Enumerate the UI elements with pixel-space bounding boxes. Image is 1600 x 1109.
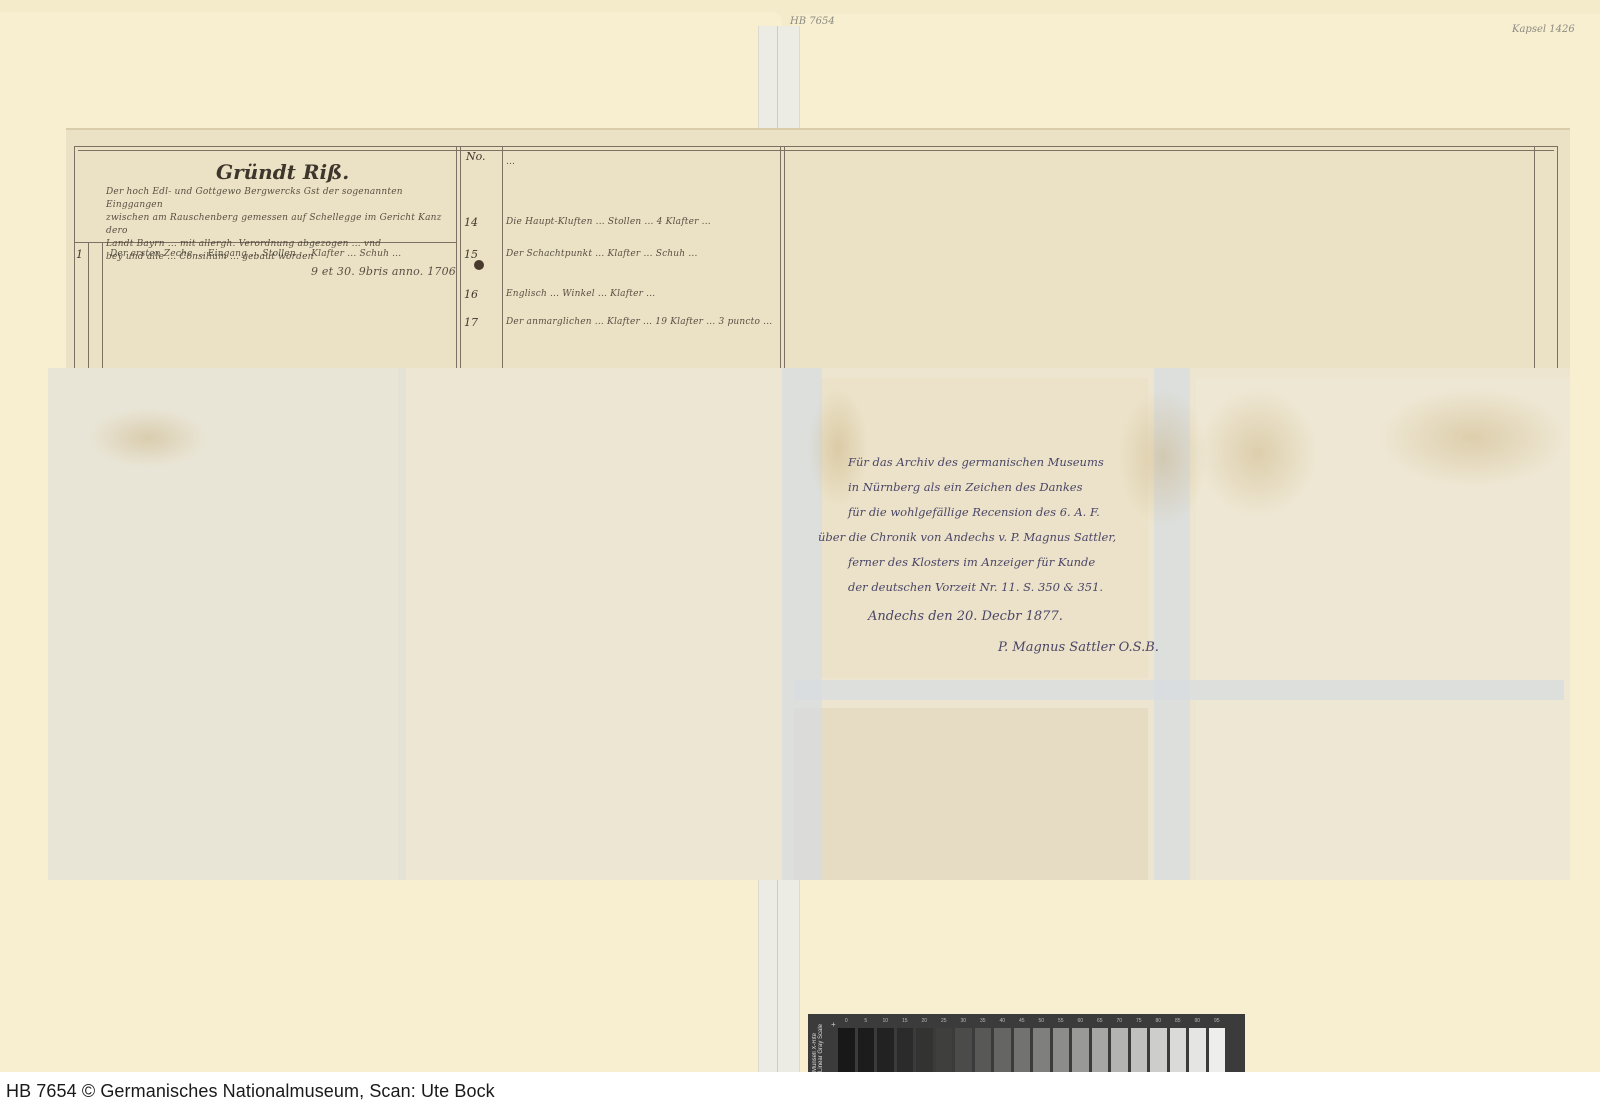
pencil-corner-note: Kapsel 1426 bbox=[1512, 24, 1575, 35]
gray-scale-target: Munsell X-Rite Linear Gray Scale + 05101… bbox=[808, 1014, 1245, 1072]
gray-patch-swatch bbox=[1111, 1028, 1128, 1072]
note-line: der deutschen Vorzeit Nr. 11. S. 350 & 3… bbox=[848, 575, 1148, 600]
gray-patch: 70 bbox=[1111, 1018, 1128, 1072]
gray-patch-label: 20 bbox=[916, 1018, 933, 1028]
gray-patch-swatch bbox=[955, 1028, 972, 1072]
gray-patch-swatch bbox=[975, 1028, 992, 1072]
water-stain bbox=[1378, 388, 1568, 488]
gray-scale-brand: Munsell X-Rite Linear Gray Scale bbox=[812, 1020, 826, 1072]
gray-patch: 30 bbox=[955, 1018, 972, 1072]
column-rule bbox=[456, 146, 457, 384]
gray-patch-label: 55 bbox=[1053, 1018, 1070, 1028]
entry-number: 1 bbox=[76, 248, 83, 261]
gray-patch-swatch bbox=[1053, 1028, 1070, 1072]
intro-line: zwischen am Rauschenberg gemessen auf Sc… bbox=[106, 212, 456, 238]
water-stain bbox=[1198, 388, 1318, 518]
gray-patches: 05101520253035404550556065707580859095 bbox=[838, 1018, 1225, 1072]
gray-patch-swatch bbox=[1131, 1028, 1148, 1072]
gray-patch-swatch bbox=[916, 1028, 933, 1072]
registration-mark-icon: + bbox=[831, 1020, 836, 1029]
gray-patch-label: 25 bbox=[936, 1018, 953, 1028]
gray-patch-label: 45 bbox=[1014, 1018, 1031, 1028]
column-rule bbox=[502, 146, 503, 384]
column-rule bbox=[88, 242, 89, 384]
manuscript-sheet: Gründt Riß. Der hoch Edl- und Gottgewo B… bbox=[66, 128, 1570, 380]
note-line: über die Chronik von Andechs v. P. Magnu… bbox=[818, 525, 1148, 550]
gray-patch-swatch bbox=[1150, 1028, 1167, 1072]
gray-patch-label: 65 bbox=[1092, 1018, 1109, 1028]
repair-tape bbox=[398, 368, 406, 880]
gray-patch-swatch bbox=[877, 1028, 894, 1072]
entry-text: Der anmarglichen ... Klafter ... 19 Klaf… bbox=[506, 316, 776, 329]
note-line: in Nürnberg als ein Zeichen des Dankes bbox=[848, 475, 1148, 500]
gray-patch-swatch bbox=[1072, 1028, 1089, 1072]
gray-patch-label: 75 bbox=[1131, 1018, 1148, 1028]
note-line: Für das Archiv des germanischen Museums bbox=[848, 450, 1148, 475]
backing-panel bbox=[794, 708, 1148, 880]
gray-patch-label: 40 bbox=[994, 1018, 1011, 1028]
manuscript-title: Gründt Riß. bbox=[216, 158, 349, 187]
gray-patch: 50 bbox=[1033, 1018, 1050, 1072]
gray-patch: 60 bbox=[1072, 1018, 1089, 1072]
gray-patch-swatch bbox=[1092, 1028, 1109, 1072]
backing-sheet bbox=[48, 368, 1570, 880]
gray-patch-swatch bbox=[897, 1028, 914, 1072]
gray-patch: 45 bbox=[1014, 1018, 1031, 1072]
entry-text-continued: … bbox=[506, 156, 776, 169]
gray-patch: 90 bbox=[1189, 1018, 1206, 1072]
gray-patch-label: 0 bbox=[838, 1018, 855, 1028]
gray-patch-swatch bbox=[1209, 1028, 1226, 1072]
gray-patch: 20 bbox=[916, 1018, 933, 1072]
note-signature: P. Magnus Sattler O.S.B. bbox=[998, 635, 1148, 660]
gray-patch: 15 bbox=[897, 1018, 914, 1072]
column-header: No. bbox=[466, 150, 486, 163]
backing-panel bbox=[400, 368, 780, 880]
column-rule bbox=[780, 146, 781, 384]
gray-patch-label: 85 bbox=[1170, 1018, 1187, 1028]
gray-patch-label: 50 bbox=[1033, 1018, 1050, 1028]
gray-patch: 40 bbox=[994, 1018, 1011, 1072]
entry-text: Der ersten Zeche ... Eingang ... Stollen… bbox=[110, 248, 450, 261]
column-rule bbox=[102, 242, 103, 384]
gray-patch-swatch bbox=[1189, 1028, 1206, 1072]
note-date: Andechs den 20. Decbr 1877. bbox=[868, 604, 1148, 629]
gray-patch-swatch bbox=[994, 1028, 1011, 1072]
gray-patch-label: 10 bbox=[877, 1018, 894, 1028]
repair-tape bbox=[794, 680, 1564, 700]
gray-patch-swatch bbox=[1033, 1028, 1050, 1072]
gray-patch-label: 30 bbox=[955, 1018, 972, 1028]
gray-patch-label: 15 bbox=[897, 1018, 914, 1028]
gray-patch: 85 bbox=[1170, 1018, 1187, 1072]
gray-patch: 35 bbox=[975, 1018, 992, 1072]
note-line: für die wohlgefällige Recension des 6. A… bbox=[848, 500, 1148, 525]
gray-patch-label: 80 bbox=[1150, 1018, 1167, 1028]
water-stain bbox=[88, 408, 208, 468]
gray-patch-label: 5 bbox=[858, 1018, 875, 1028]
pencil-shelfmark: HB 7654 bbox=[790, 16, 835, 27]
document-scan: HB 7654 Kapsel 1426 Gründt Riß. Der hoch… bbox=[0, 0, 1600, 1072]
gray-patch: 75 bbox=[1131, 1018, 1148, 1072]
entry-number: 14 bbox=[464, 216, 478, 229]
entry-number: 15 bbox=[464, 248, 478, 261]
gray-patch-swatch bbox=[838, 1028, 855, 1072]
intro-line: Der hoch Edl- und Gottgewo Bergwercks Gs… bbox=[106, 186, 456, 212]
entry-number: 17 bbox=[464, 316, 478, 329]
manuscript-intro: Der hoch Edl- und Gottgewo Bergwercks Gs… bbox=[106, 186, 456, 280]
column-rule bbox=[784, 146, 785, 384]
gray-patch-label: 60 bbox=[1072, 1018, 1089, 1028]
gray-patch-swatch bbox=[1014, 1028, 1031, 1072]
image-caption: HB 7654 © Germanisches Nationalmuseum, S… bbox=[6, 1081, 495, 1102]
entry-number: 16 bbox=[464, 288, 478, 301]
gray-patch: 0 bbox=[838, 1018, 855, 1072]
gray-patch-label: 35 bbox=[975, 1018, 992, 1028]
intro-date: 9 et 30. 9bris anno. 1706 bbox=[106, 264, 456, 280]
handwritten-dedication-1877: Für das Archiv des germanischen Museums … bbox=[848, 450, 1148, 660]
entry-text: Die Haupt-Kluften ... Stollen ... 4 Klaf… bbox=[506, 216, 776, 229]
gray-patch-label: 90 bbox=[1189, 1018, 1206, 1028]
entry-text: Der Schachtpunkt ... Klafter ... Schuh .… bbox=[506, 248, 776, 261]
entry-text: Englisch ... Winkel ... Klafter ... bbox=[506, 288, 776, 301]
gray-patch-label: 70 bbox=[1111, 1018, 1128, 1028]
column-rule bbox=[460, 146, 461, 384]
gray-patch-swatch bbox=[1170, 1028, 1187, 1072]
gray-patch-swatch bbox=[858, 1028, 875, 1072]
gray-patch: 10 bbox=[877, 1018, 894, 1072]
note-line: ferner des Klosters im Anzeiger für Kund… bbox=[848, 550, 1148, 575]
gray-patch: 80 bbox=[1150, 1018, 1167, 1072]
gray-patch: 55 bbox=[1053, 1018, 1070, 1072]
gray-patch-label: 95 bbox=[1209, 1018, 1226, 1028]
gray-patch-swatch bbox=[936, 1028, 953, 1072]
gray-patch: 5 bbox=[858, 1018, 875, 1072]
ink-blot bbox=[474, 260, 484, 270]
gray-patch: 65 bbox=[1092, 1018, 1109, 1072]
column-rule bbox=[1534, 146, 1535, 384]
gray-patch: 25 bbox=[936, 1018, 953, 1072]
gray-patch: 95 bbox=[1209, 1018, 1226, 1072]
